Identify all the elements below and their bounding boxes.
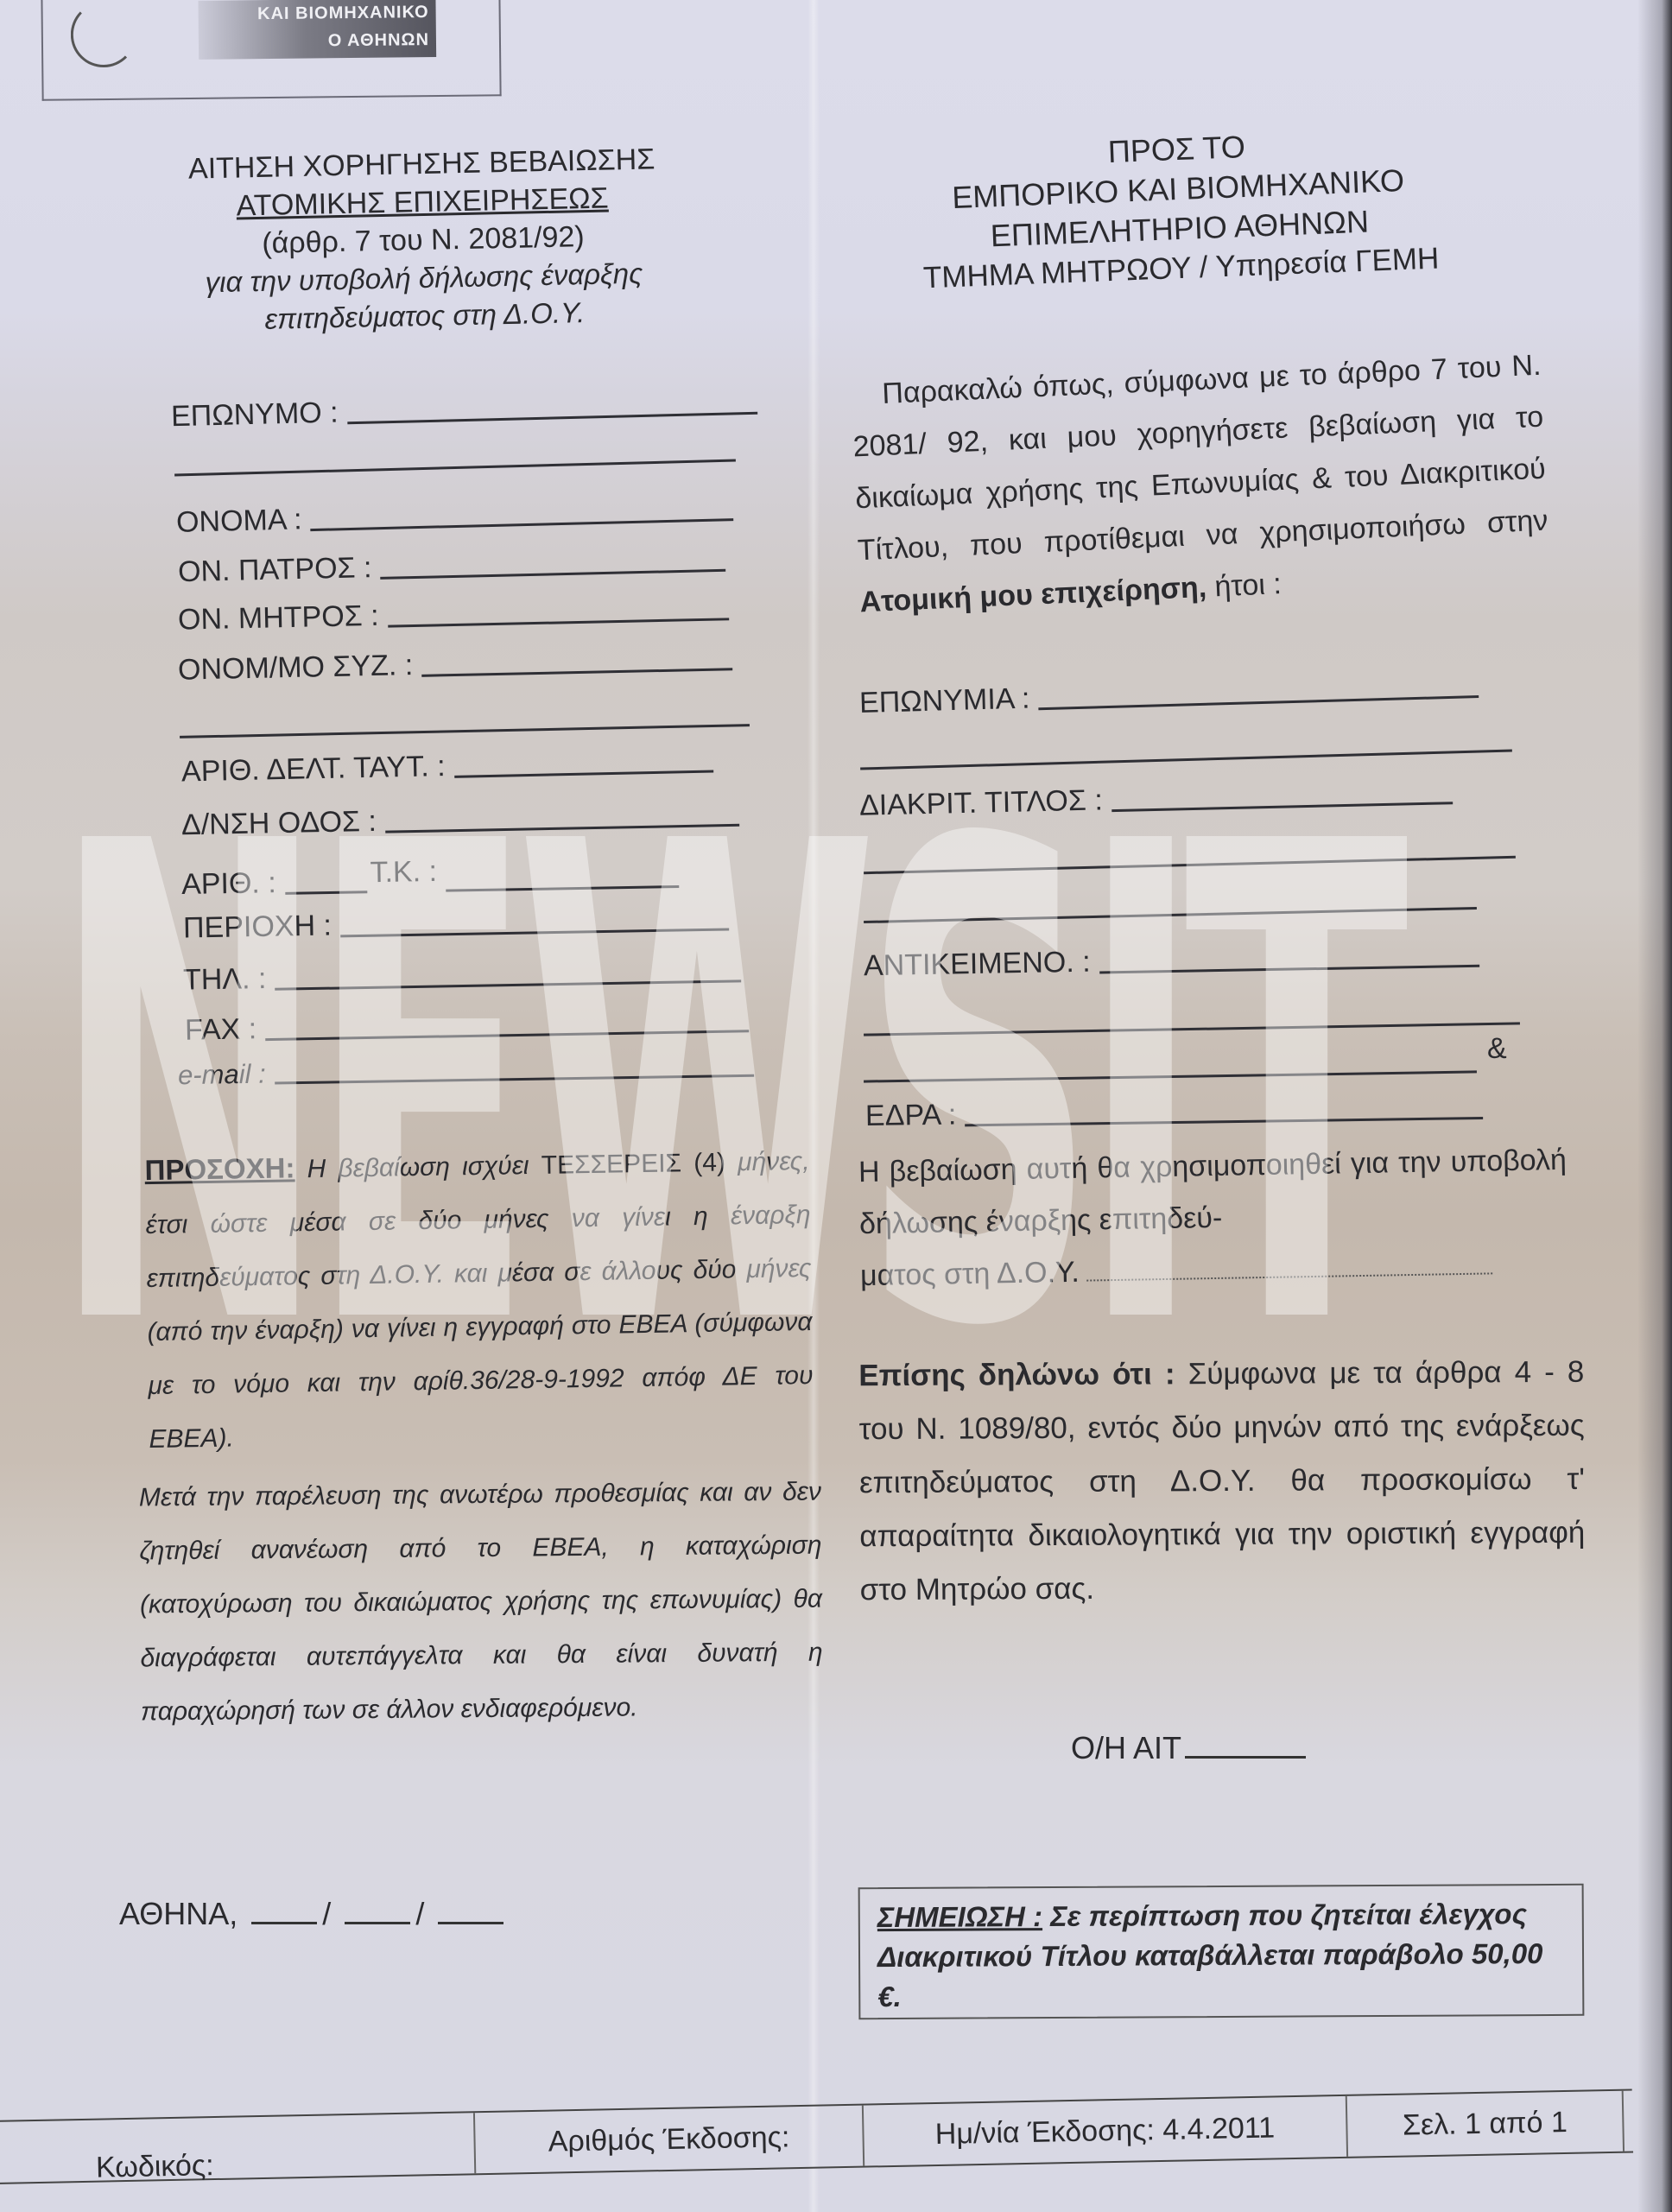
object-continuation-line-1[interactable] [864, 1022, 1520, 1036]
street-input-line[interactable] [385, 824, 739, 833]
father-name-field[interactable]: ΟΝ. ΠΑΤΡΟΣ : [178, 543, 726, 589]
expiry-note-text: Μετά την παρέλευση της ανωτέρω προθεσμία… [139, 1466, 824, 1740]
recipient-header: ΠΡΟΣ ΤΟ ΕΜΠΟΡΙΚΟ ΚΑΙ ΒΙΟΜΗΧΑΝΙΚΟ ΕΠΙΜΕΛΗ… [848, 117, 1510, 301]
phone-input-line[interactable] [275, 979, 742, 990]
company-name-field[interactable]: ΕΠΩΝΥΜΙΑ : [859, 669, 1479, 720]
request-text: Παρακαλώ όπως, σύμφωνα με το άρθρο 7 του… [852, 349, 1548, 567]
spouse-name-label: ΟΝΟΜ/ΜΟ ΣΥΖ. : [178, 649, 422, 688]
usage-paragraph: Η βεβαίωση αυτή θα χρησιμοποιηθεί για τη… [858, 1134, 1568, 1302]
footer-issue-date: Ημ/νία Έκδοσης: 4.4.2011 [864, 2096, 1348, 2166]
date-field: ΑΘΗΝΑ, / / [119, 1896, 509, 1932]
mother-name-input-line[interactable] [388, 618, 729, 627]
trade-name-field[interactable]: ΔΙΑΚΡΙΤ. ΤΙΤΛΟΣ : [859, 776, 1453, 823]
declaration-bold: Επίσης δηλώνω ότι : [858, 1357, 1175, 1392]
attention-text-1: Η βεβαίωση ισχύει [307, 1151, 529, 1183]
company-name-label: ΕΠΩΝΥΜΙΑ : [859, 681, 1039, 720]
name-field[interactable]: ΟΝΟΜΑ : [176, 492, 734, 540]
mother-name-field[interactable]: ΟΝ. ΜΗΤΡΟΣ : [178, 592, 729, 637]
date-month-line[interactable] [345, 1922, 410, 1924]
object-label: ΑΝΤΙΚΕΙΜΕΝΟ. : [864, 945, 1099, 983]
logo-emblem-icon [70, 2, 136, 68]
name-label: ΟΝΟΜΑ : [176, 503, 311, 540]
id-number-input-line[interactable] [454, 770, 713, 778]
logo-line-2: Ο ΑΘΗΝΩΝ [199, 26, 429, 56]
request-paragraph: Παρακαλώ όπως, σύμφωνα με το άρθρο 7 του… [850, 339, 1551, 629]
signature-block: Ο/Η ΑΙΤ [1071, 1730, 1306, 1766]
father-name-label: ΟΝ. ΠΑΤΡΟΣ : [178, 551, 381, 589]
date-sep-2: / [415, 1896, 424, 1931]
fax-input-line[interactable] [265, 1030, 749, 1041]
attention-text-2: μήνες, έτσι ώστε μέσα σε δύο μήνες να γί… [145, 1147, 813, 1454]
form-title: ΑΙΤΗΣΗ ΧΟΡΗΓΗΣΗΣ ΒΕΒΑΙΩΣΗΣ ΑΤΟΜΙΚΗΣ ΕΠΙΧ… [119, 139, 727, 342]
fee-note-heading: ΣΗΜΕΙΩΣΗ : [877, 1900, 1042, 1933]
trade-name-label: ΔΙΑΚΡΙΤ. ΤΙΤΛΟΣ : [859, 783, 1112, 823]
object-field[interactable]: ΑΝΤΙΚΕΙΜΕΝΟ. : [864, 939, 1479, 983]
chamber-logo: ΚΑΙ ΒΙΟΜΗΧΑΝΙΚΟ Ο ΑΘΗΝΩΝ [41, 0, 501, 101]
date-day-line[interactable] [251, 1922, 317, 1924]
father-name-input-line[interactable] [381, 569, 726, 580]
date-label: ΑΘΗΝΑ, [119, 1896, 237, 1931]
surname-continuation-line[interactable] [174, 459, 736, 476]
signature-line[interactable] [1185, 1756, 1306, 1759]
spouse-name-field[interactable]: ΟΝΟΜ/ΜΟ ΣΥΖ. : [178, 642, 733, 687]
mother-name-label: ΟΝ. ΜΗΤΡΟΣ : [178, 599, 388, 637]
object-input-line[interactable] [1099, 965, 1479, 974]
street-label: Δ/ΝΣΗ ΟΔΟΣ : [181, 805, 386, 843]
date-year-line[interactable] [438, 1922, 503, 1924]
id-number-field[interactable]: ΑΡΙΘ. ΔΕΛΤ. ΤΑΥΤ. : [181, 745, 713, 789]
seat-input-line[interactable] [965, 1117, 1483, 1126]
request-tail: ήτοι : [1214, 567, 1282, 603]
usage-tail: ματος στη Δ.Ο.Υ. [860, 1256, 1080, 1292]
id-number-label: ΑΡΙΘ. ΔΕΛΤ. ΤΑΥΤ. : [181, 750, 454, 789]
street-field[interactable]: Δ/ΝΣΗ ΟΔΟΣ : [181, 798, 739, 842]
trade-name-input-line[interactable] [1111, 802, 1453, 812]
phone-field[interactable]: ΤΗΛ. : [183, 954, 742, 997]
fee-note-box: ΣΗΜΕΙΩΣΗ : Σε περίπτωση που ζητείται έλε… [858, 1884, 1585, 2019]
paper-fold [807, 0, 820, 2212]
phone-label: ΤΗΛ. : [183, 962, 275, 998]
name-input-line[interactable] [311, 518, 734, 531]
declaration-paragraph: Επίσης δηλώνω ότι : Σύμφωνα με τα άρθρα … [858, 1346, 1586, 1617]
area-label: ΠΕΡΙΟΧΗ : [183, 909, 341, 945]
usage-dotted-line[interactable] [1086, 1272, 1492, 1281]
street-number-label: ΑΡΙΘ. : [181, 866, 285, 902]
object-continuation-line-2[interactable] [864, 1070, 1477, 1082]
surname-field[interactable]: ΕΠΩΝΥΜΟ : [171, 386, 757, 434]
footer-page: Σελ. 1 από 1 [1347, 2091, 1624, 2157]
surname-label: ΕΠΩΝΥΜΟ : [171, 396, 347, 434]
attention-note: ΠΡΟΣΟΧΗ: Η βεβαίωση ισχύει ΤΕΣΣΕΡΕΙΣ (4)… [144, 1133, 814, 1467]
footer-code-label: Κωδικός: [9, 2114, 214, 2187]
footer-code: Κωδικός: [0, 2113, 476, 2183]
seat-label: ΕΔΡΑ : [865, 1098, 966, 1133]
company-name-input-line[interactable] [1039, 695, 1479, 710]
spouse-name-input-line[interactable] [421, 668, 732, 677]
postal-code-label: Τ.Κ. : [370, 855, 446, 891]
signature-label: Ο/Η ΑΙΤ [1071, 1730, 1181, 1765]
spouse-name-continuation-line[interactable] [180, 724, 750, 738]
seat-field[interactable]: ΕΔΡΑ : [865, 1091, 1484, 1133]
declaration-text: Σύμφωνα με τα άρθρα 4 - 8 του Ν. 1089/80… [859, 1355, 1586, 1607]
email-field[interactable]: e-mail : [178, 1051, 754, 1091]
date-sep-1: / [322, 1896, 331, 1931]
attention-heading: ΠΡΟΣΟΧΗ: [144, 1151, 294, 1186]
footer-issue-number-label: Αριθμός Έκδοσης: [548, 2120, 789, 2158]
footer-page-label: Σελ. 1 από 1 [1403, 2105, 1568, 2142]
logo-line-1: ΚΑΙ ΒΙΟΜΗΧΑΝΙΚΟ [198, 0, 428, 29]
footer-issue-number: Αριθμός Έκδοσης: [475, 2106, 864, 2174]
attention-duration: ΤΕΣΣΕΡΕΙΣ (4) [541, 1149, 725, 1180]
trade-name-continuation-line-1[interactable] [864, 856, 1516, 874]
fax-field[interactable]: FAX : [185, 1004, 750, 1047]
usage-text: Η βεβαίωση αυτή θα χρησιμοποιηθεί για τη… [858, 1144, 1567, 1240]
expiry-note: Μετά την παρέλευση της ανωτέρω προθεσμία… [139, 1466, 824, 1740]
area-field[interactable]: ΠΕΡΙΟΧΗ : [183, 902, 730, 945]
company-name-continuation-line[interactable] [860, 749, 1512, 770]
logo-text-band: ΚΑΙ ΒΙΟΜΗΧΑΝΙΚΟ Ο ΑΘΗΝΩΝ [198, 0, 436, 60]
email-label: e-mail : [178, 1058, 275, 1091]
address-number-row: ΑΡΙΘ. : Τ.Κ. : [181, 851, 680, 902]
object-ampersand: & [1487, 1032, 1507, 1066]
footer-issue-date-label: Ημ/νία Έκδοσης: 4.4.2011 [934, 2111, 1275, 2152]
surname-input-line[interactable] [347, 412, 757, 425]
postal-code-input-line[interactable] [446, 885, 679, 892]
fax-label: FAX : [185, 1012, 266, 1048]
paper-edge-shadow [1637, 0, 1672, 2212]
area-input-line[interactable] [340, 928, 729, 937]
street-number-input-line[interactable] [285, 891, 367, 895]
request-bold: Ατομική μου επιχείρηση, [859, 571, 1207, 618]
email-input-line[interactable] [275, 1074, 754, 1085]
trade-name-continuation-line-2[interactable] [864, 907, 1477, 923]
